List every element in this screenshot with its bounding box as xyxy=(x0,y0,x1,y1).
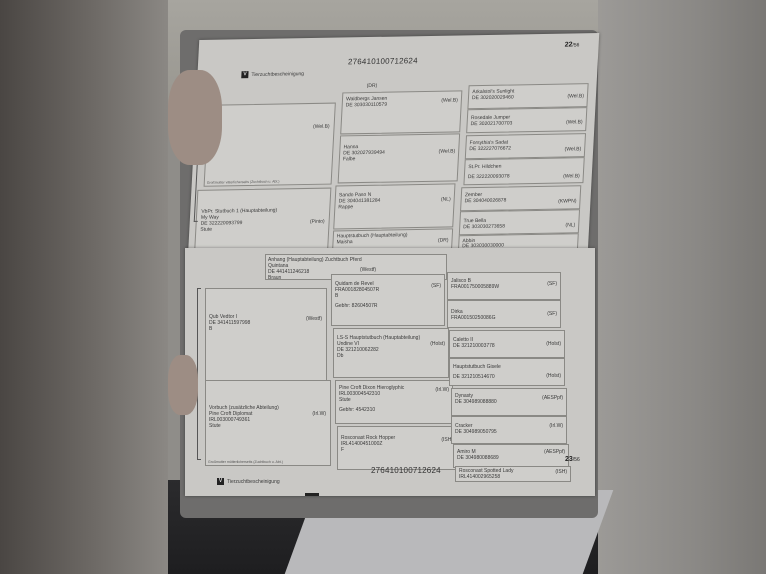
ueln-number: 276410100712624 xyxy=(348,56,418,66)
dam-box: Vorbuch (zusätzliche Abteilung) Pine Cro… xyxy=(205,380,331,466)
great-grandparent-box: Jalisco B FRA001750005889W (SF) xyxy=(447,272,561,300)
blurred-background-right xyxy=(598,0,766,574)
header-breed: (DR) xyxy=(367,83,378,89)
grandparent-box: Pine Croft Dixon Hieroglyphic IRL0030045… xyxy=(335,380,453,424)
blurred-background-left xyxy=(0,0,168,574)
great-grandparent-box: Hauptstutbuch Gisele DE 321210514670 (Ho… xyxy=(449,358,565,386)
great-grandparent-box: Dynasty DE 304989088880 (AESPpf) xyxy=(451,388,567,416)
great-grandparent-box: Dirka FRA00150250086G (SF) xyxy=(447,300,561,328)
great-grandparent-box: Amiro M DE 304980088689 (AESPpf) xyxy=(453,444,569,468)
sire-box: Qub Vedtor I DE 341411597998 B (Westf) G… xyxy=(205,288,327,394)
v-logo-icon: V xyxy=(241,71,248,78)
great-grandparent-box: Arkalstol's Sunlight DE 302020029460 (We… xyxy=(467,83,588,109)
great-grandparent-box: Zember DE 304040026878 (KWPN) xyxy=(460,185,581,211)
great-grandparent-box: Caletto II DE 321210003778 (Holst) xyxy=(449,330,565,358)
grandparent-box: Quidam de Revel FRA00182804507R B Gebhr:… xyxy=(331,274,445,326)
document-type-label: Tierzuchtbescheinigung xyxy=(227,479,280,485)
page-22: V Tierzuchtbescheinigung 276410100712624… xyxy=(188,33,599,255)
paternal-grandmother-box: (Wel.B) Großmutter väterlicherseits (Zuc… xyxy=(204,103,336,187)
great-grandparent-box: Rosedale Jumper DE 302021700703 (Wel.B) xyxy=(466,107,587,133)
document-type-label: Tierzuchtbescheinigung xyxy=(251,71,304,78)
grandparent-box: Rosconast Rock Hopper IRL41400451000Z F … xyxy=(337,426,457,470)
binding-clip xyxy=(305,493,319,496)
dam-box: VbPr. Stutbuch 1 (Hauptabteilung) My Way… xyxy=(194,188,331,254)
thumb xyxy=(168,70,222,165)
grandparent-box: LS-S Hauptstutbuch (Hauptabteilung) Undi… xyxy=(333,328,449,378)
page-number: 23/56 xyxy=(565,456,580,463)
great-grandparent-box: True Bella DE 303030273658 (NL) xyxy=(459,209,580,235)
great-grandparent-box: Cracker DE 304989050795 (Irl.W) xyxy=(451,416,567,444)
ancestor-box: Hanna DE 302027939494 Falbe (Wel.B) xyxy=(338,133,461,183)
ueln-number: 276410100712624 xyxy=(371,466,441,475)
page-23: Anhang (Hauptabteilung) Zuchtbuch Pferd … xyxy=(185,248,595,496)
great-grandparent-box: Rosconast Spotted Lady IRL414002965258 (… xyxy=(455,466,571,482)
great-grandparent-box: Forsythia's Sadat DE 322227076672 (Wel.B… xyxy=(465,133,586,159)
great-grandparent-box: St.Pr. Hildchen DE 322220093078 (Wel.B) xyxy=(463,157,584,185)
finger xyxy=(168,355,198,415)
v-logo-icon: V xyxy=(217,478,224,485)
ancestor-box: Sando Paso N DE 304041381284 Rappe (NL) xyxy=(333,183,455,229)
page-number: 22/56 xyxy=(564,41,579,48)
ancestor-box: Waldbergs Jansen DE 303030110579 (Wel.B) xyxy=(340,90,462,134)
